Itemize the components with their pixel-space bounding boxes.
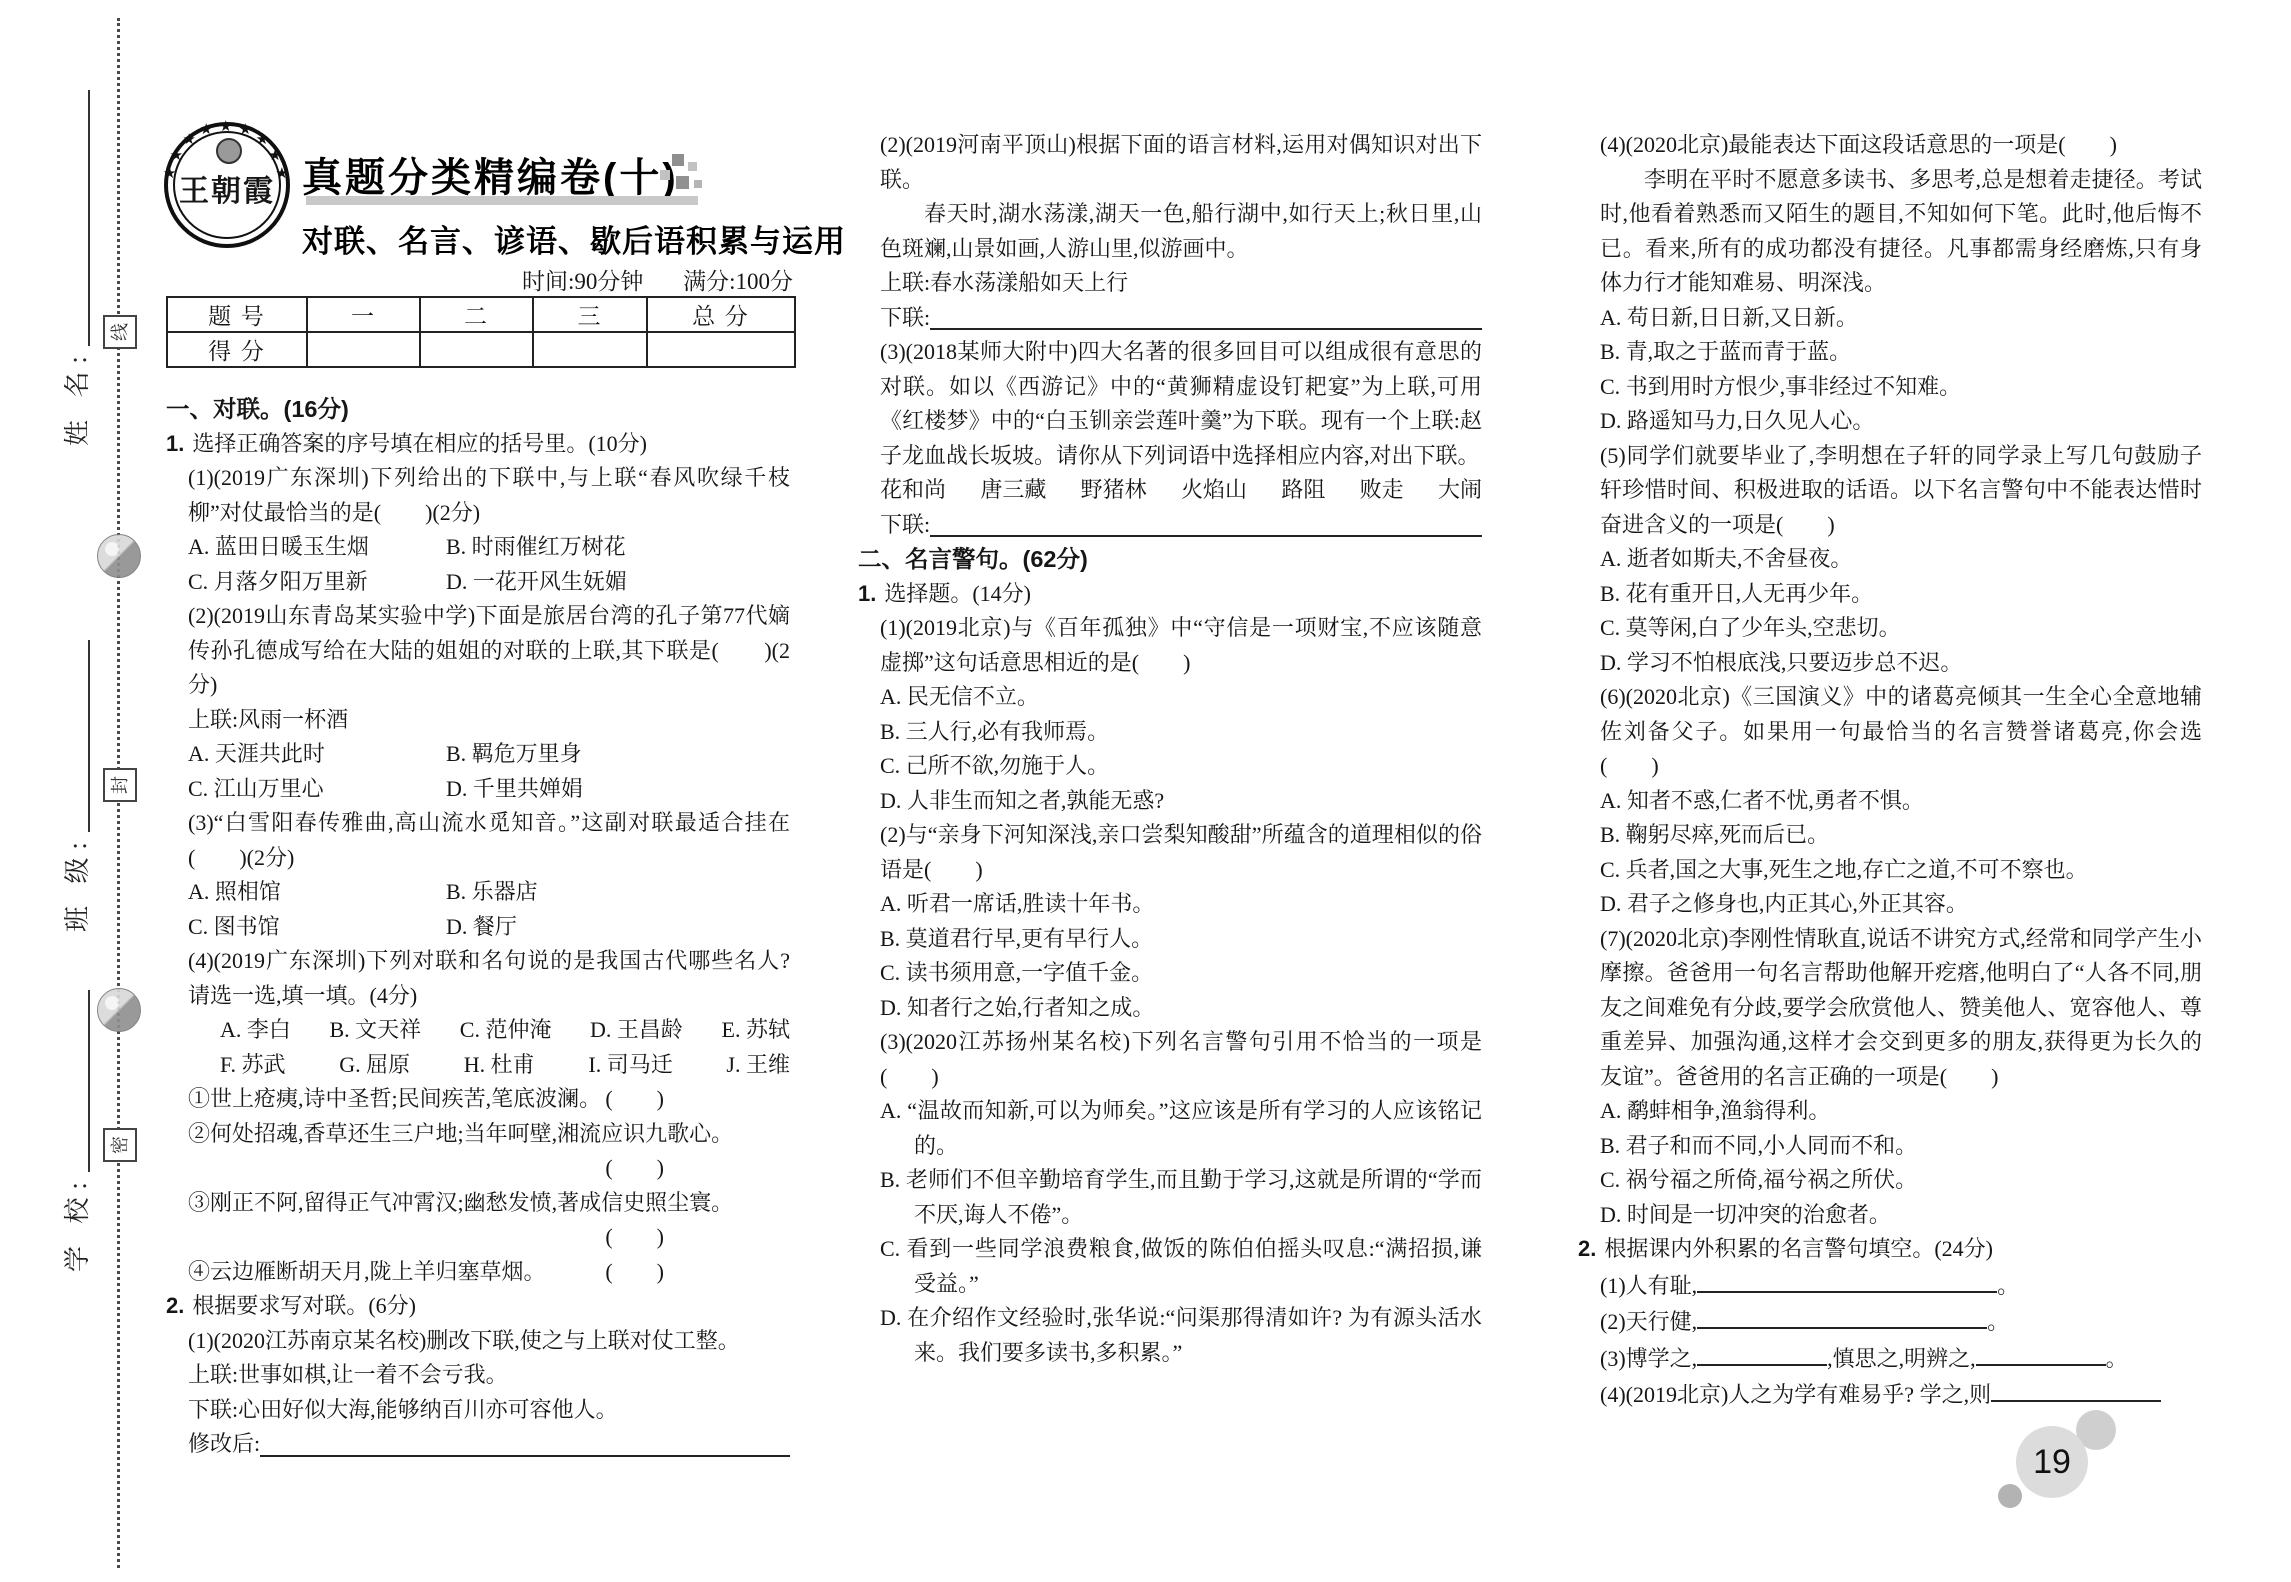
option-item: C. 月落夕阳万里新 <box>188 565 446 600</box>
numbered-question: 2.根据要求写对联。(6分) <box>166 1289 790 1324</box>
seal-char-mi: 密 <box>103 1128 137 1162</box>
material-paragraph: 春天时,湖水荡漾,湖天一色,船行湖中,如行天上;秋日里,山色斑斓,山景如画,人游… <box>880 197 1482 266</box>
sub-question: (1)(2019北京)与《百年孤独》中“守信是一项财宝,不应该随意虚掷”这句话意… <box>880 611 1482 680</box>
numbered-question: 1.选择正确答案的序号填在相应的括号里。(10分) <box>166 427 790 462</box>
choice-word: F. 苏武 <box>220 1048 285 1083</box>
fill-in-text: 。 <box>1997 1273 2019 1298</box>
option-item: B. 乐器店 <box>446 875 790 910</box>
cell-question-number: 题 号 <box>167 297 307 332</box>
exam-paper-page: 姓 名: 班 级: 学 校: 线 封 密 王朝霞 ★★★★★★★★★ 真题分类精… <box>0 0 2291 1582</box>
option-line: C. 兵者,国之大事,死生之地,存亡之道,不可不察也。 <box>1600 853 2202 888</box>
statement-with-answer-paren: ①世上疮痍,诗中圣哲;民间疾苦,笔底波澜。( ) <box>188 1082 790 1117</box>
cell-section-3: 三 <box>533 297 647 332</box>
option-line: D. 时间是一切冲突的治愈者。 <box>1600 1198 2202 1233</box>
full-score: 满分:100分 <box>683 269 793 294</box>
fill-in-text: (3)博学之, <box>1600 1346 1697 1371</box>
pixel-decoration <box>650 150 710 198</box>
option-line: C. 己所不欲,勿施于人。 <box>880 749 1482 784</box>
option-item: B. 羁危万里身 <box>446 737 790 772</box>
class-label-text: 班 级: <box>57 834 94 932</box>
sub-question: (5)同学们就要毕业了,李明想在子轩的同学录上写几句鼓励子轩珍惜时间、积极进取的… <box>1600 439 2202 543</box>
fill-in-text: 。 <box>2106 1346 2128 1371</box>
answer-write-line <box>1697 1340 1827 1366</box>
choice-word-row: F. 苏武G. 屈原H. 杜甫I. 司马迁J. 王维 <box>220 1048 790 1083</box>
school-label-text: 学 校: <box>57 1174 94 1272</box>
column-1: 一、对联。(16分)1.选择正确答案的序号填在相应的括号里。(10分)(1)(2… <box>166 392 790 1462</box>
class-write-line <box>88 640 90 832</box>
choice-word-row: A. 李白B. 文天祥C. 范仲淹D. 王昌龄E. 苏轼 <box>220 1013 790 1048</box>
question-text: 根据要求写对联。(6分) <box>192 1293 416 1318</box>
answer-write-line <box>1991 1376 2161 1402</box>
option-line: D. 学习不怕根底浅,只要迈步总不迟。 <box>1600 646 2202 681</box>
decorative-seal-icon <box>97 534 141 578</box>
blank-prefix: 修改后: <box>188 1427 260 1462</box>
logo-portrait-icon <box>216 138 242 164</box>
option-item: D. 千里共婵娟 <box>446 772 790 807</box>
question-number: 1. <box>166 431 184 456</box>
sub-question: (4)(2019广东深圳)下列对联和名句说的是我国古代哪些名人? 请选一选,填一… <box>188 944 790 1013</box>
option-line: A. 逝者如斯夫,不舍昼夜。 <box>1600 542 2202 577</box>
option-pair-row: A. 天涯共此时B. 羁危万里身 <box>188 737 790 772</box>
option-line: D. 路遥知马力,日久见人心。 <box>1600 404 2202 439</box>
seal-char-line: 线 <box>103 315 137 349</box>
name-write-line <box>88 90 90 346</box>
page-number: 19 <box>2016 1426 2088 1498</box>
star-icon: ★ <box>256 133 269 148</box>
sub-question: (6)(2020北京)《三国演义》中的诸葛亮倾其一生全心全意地辅佐刘备父子。如果… <box>1600 680 2202 784</box>
cell-total: 总 分 <box>647 297 795 332</box>
answer-paren: ( ) <box>605 1255 664 1290</box>
option-line: B. 三人行,必有我师焉。 <box>880 715 1482 750</box>
star-icon: ★ <box>163 167 176 182</box>
sub-question: 上联:世事如棋,让一着不会亏我。 <box>188 1358 790 1393</box>
option-line: A. 听君一席话,胜读十年书。 <box>880 887 1482 922</box>
choice-word: 败走 <box>1360 473 1404 508</box>
cell-score-3 <box>533 332 647 367</box>
name-field-label: 姓 名: <box>60 90 94 446</box>
cell-score-2 <box>420 332 533 367</box>
sub-question: (3)(2018某师大附中)四大名著的很多回目可以组成很有意思的对联。如以《西游… <box>880 335 1482 473</box>
sub-question: (7)(2020北京)李刚性情耿直,说话不讲究方式,经常和同学产生小摩擦。爸爸用… <box>1600 922 2202 1095</box>
answer-blank-line: 下联: <box>880 301 1482 336</box>
fill-in-line: (1)人有耻,。 <box>1600 1267 2202 1304</box>
sub-question: 上联:春水荡漾船如天上行 <box>880 266 1482 301</box>
material-paragraph: 李明在平时不愿意多读书、多思考,总是想着走捷径。考试时,他看着熟悉而又陌生的题目… <box>1600 163 2202 301</box>
answer-paren: ( ) <box>605 1082 664 1117</box>
option-item: B. 时雨催红万树花 <box>446 530 790 565</box>
option-line: C. 祸兮福之所倚,福兮祸之所伏。 <box>1600 1163 2202 1198</box>
fill-in-text: 。 <box>1987 1309 2009 1334</box>
paper-title: 对联、名言、谚语、歇后语积累与运用 <box>302 216 846 261</box>
statement-with-answer-paren: ④云边雁断胡天月,陇上羊归塞草烟。( ) <box>188 1255 790 1290</box>
option-line: D. 在介绍作文经验时,张华说:“问渠那得清如许? 为有源头活水来。我们要多读书… <box>880 1301 1482 1370</box>
score-table-score-row: 得 分 <box>167 332 795 367</box>
answer-blank-line: 下联: <box>880 508 1482 543</box>
choice-word: G. 屈原 <box>339 1048 410 1083</box>
fill-in-text: (4)(2019北京)人之为学有难易乎? 学之,则 <box>1600 1382 1991 1407</box>
sub-question: (2)与“亲身下河知深浅,亲口尝梨知酸甜”所蕴含的道理相似的俗语是( ) <box>880 818 1482 887</box>
choice-word: J. 王维 <box>726 1048 790 1083</box>
question-text: 根据课内外积累的名言警句填空。(24分) <box>1604 1236 1993 1261</box>
answer-write-line <box>1976 1340 2106 1366</box>
name-label-text: 姓 名: <box>57 348 94 446</box>
section-heading: 一、对联。(16分) <box>166 392 790 427</box>
sub-question: 下联:心田好似大海,能够纳百川亦可容他人。 <box>188 1393 790 1428</box>
option-line: D. 知者行之始,行者知之成。 <box>880 991 1482 1026</box>
option-item: A. 照相馆 <box>188 875 446 910</box>
cell-section-2: 二 <box>420 297 533 332</box>
option-line: C. 看到一些同学浪费粮食,做饭的陈伯伯摇头叹息:“满招损,谦受益。” <box>880 1232 1482 1301</box>
option-line: D. 君子之修身也,内正其心,外正其容。 <box>1600 887 2202 922</box>
star-icon: ★ <box>182 133 195 148</box>
fill-in-text: (2)天行健, <box>1600 1309 1697 1334</box>
option-pair-row: A. 蓝田日暖玉生烟B. 时雨催红万树花 <box>188 530 790 565</box>
seal-char-text: 密 <box>111 1136 129 1154</box>
seal-char-feng: 封 <box>103 768 137 802</box>
statement-text-line: ③刚正不阿,留得正气冲霄汉;幽愁发愤,著成信史照尘寰。 <box>188 1186 790 1221</box>
sub-question: (2)(2019山东青岛某实验中学)下面是旅居台湾的孔子第77代嫡传孙孔德成写给… <box>188 599 790 703</box>
statement-text: ④云边雁断胡天月,陇上羊归塞草烟。 <box>188 1255 546 1290</box>
class-field-label: 班 级: <box>60 640 94 932</box>
sub-question: (1)(2019广东深圳)下列给出的下联中,与上联“春风吹绿千枝柳”对仗最恰当的… <box>188 461 790 530</box>
option-line: B. 老师们不但辛勤培育学生,而且勤于学习,这就是所谓的“学而不厌,诲人不倦”。 <box>880 1163 1482 1232</box>
choice-word: 花和尚 <box>880 473 946 508</box>
title-underline-bar <box>306 196 698 205</box>
numbered-question: 2.根据课内外积累的名言警句填空。(24分) <box>1578 1232 2202 1267</box>
answer-paren-line: ( ) <box>188 1220 790 1255</box>
option-line: A. 苟日新,日日新,又日新。 <box>1600 301 2202 336</box>
school-write-line <box>88 990 90 1172</box>
answer-write-line <box>930 508 1482 538</box>
option-line: C. 读书须用意,一字值千金。 <box>880 956 1482 991</box>
cell-score-label: 得 分 <box>167 332 307 367</box>
blank-prefix: 下联: <box>880 508 930 543</box>
statement-text: ①世上疮痍,诗中圣哲;民间疾苦,笔底波澜。 <box>188 1082 601 1117</box>
star-icon: ★ <box>238 123 251 138</box>
decorative-seal-icon <box>97 988 141 1032</box>
star-icon: ★ <box>275 167 288 182</box>
answer-write-line <box>1697 1303 1987 1329</box>
option-item: D. 一花开风生妩媚 <box>446 565 790 600</box>
choice-word: 路阻 <box>1281 473 1325 508</box>
sub-question: (1)(2020江苏南京某名校)删改下联,使之与上联对仗工整。 <box>188 1324 790 1359</box>
option-line: C. 莫等闲,白了少年头,空悲切。 <box>1600 611 2202 646</box>
school-field-label: 学 校: <box>60 990 94 1272</box>
star-icon: ★ <box>170 149 183 164</box>
cell-section-1: 一 <box>307 297 420 332</box>
option-pair-row: C. 月落夕阳万里新D. 一花开风生妩媚 <box>188 565 790 600</box>
fill-in-text: (1)人有耻, <box>1600 1273 1697 1298</box>
question-number: 1. <box>858 581 876 606</box>
cell-score-total <box>647 332 795 367</box>
option-line: A. 鹬蚌相争,渔翁得利。 <box>1600 1094 2202 1129</box>
sub-question: (3)“白雪阳春传雅曲,高山流水觅知音。”这副对联最适合挂在( )(2分) <box>188 806 790 875</box>
option-pair-row: C. 江山万里心D. 千里共婵娟 <box>188 772 790 807</box>
numbered-question: 1.选择题。(14分) <box>858 577 1482 612</box>
statement-text-line: ②何处招魂,香草还生三户地;当年呵壁,湘流应识九歌心。 <box>188 1117 790 1152</box>
answer-write-line <box>260 1427 790 1457</box>
choice-word: D. 王昌龄 <box>590 1013 683 1048</box>
column-2: (2)(2019河南平顶山)根据下面的语言材料,运用对偶知识对出下联。春天时,湖… <box>858 128 1482 1370</box>
exam-meta: 时间:90分钟 满分:100分 <box>166 263 793 296</box>
choice-word: 唐三藏 <box>980 473 1046 508</box>
option-line: B. 花有重开日,人无再少年。 <box>1600 577 2202 612</box>
fill-in-text: ,慎思之,明辨之, <box>1827 1346 1976 1371</box>
choice-word: C. 范仲淹 <box>460 1013 552 1048</box>
fill-in-line: (3)博学之,,慎思之,明辨之,。 <box>1600 1340 2202 1377</box>
option-pair-row: A. 照相馆B. 乐器店 <box>188 875 790 910</box>
star-icon: ★ <box>219 120 232 135</box>
answer-paren: ( ) <box>605 1155 664 1180</box>
choice-word: H. 杜甫 <box>464 1048 535 1083</box>
question-text: 选择题。(14分) <box>884 581 1031 606</box>
choice-word: E. 苏轼 <box>722 1013 790 1048</box>
option-line: A. “温故而知新,可以为师矣。”这应该是所有学习的人应该铭记的。 <box>880 1094 1482 1163</box>
option-item: A. 蓝田日暖玉生烟 <box>188 530 446 565</box>
sub-question: (3)(2020江苏扬州某名校)下列名言警句引用不恰当的一项是( ) <box>880 1025 1482 1094</box>
option-item: A. 天涯共此时 <box>188 737 446 772</box>
option-item: C. 江山万里心 <box>188 772 446 807</box>
sub-question: (4)(2020北京)最能表达下面这段话意思的一项是( ) <box>1600 128 2202 163</box>
option-line: A. 知者不惑,仁者不忧,勇者不惧。 <box>1600 784 2202 819</box>
answer-paren: ( ) <box>605 1224 664 1249</box>
question-text: 选择正确答案的序号填在相应的括号里。(10分) <box>192 431 647 456</box>
answer-write-line <box>1697 1267 1997 1293</box>
score-table: 题 号 一 二 三 总 分 得 分 <box>166 296 796 368</box>
choice-word: 大闹 <box>1438 473 1482 508</box>
option-item: C. 图书馆 <box>188 910 446 945</box>
option-line: B. 君子和而不同,小人同而不和。 <box>1600 1129 2202 1164</box>
choice-word-row: 花和尚唐三藏野猪林火焰山路阻败走大闹 <box>880 473 1482 508</box>
option-item: D. 餐厅 <box>446 910 790 945</box>
star-icon: ★ <box>200 123 213 138</box>
star-icon: ★ <box>268 149 281 164</box>
score-table-header-row: 题 号 一 二 三 总 分 <box>167 297 795 332</box>
sub-question: (2)(2019河南平顶山)根据下面的语言材料,运用对偶知识对出下联。 <box>880 128 1482 197</box>
question-number: 2. <box>1578 1236 1596 1261</box>
blank-prefix: 下联: <box>880 301 930 336</box>
fill-in-line: (2)天行健,。 <box>1600 1303 2202 1340</box>
brand-logo: 王朝霞 ★★★★★★★★★ <box>164 122 290 248</box>
option-line: B. 鞠躬尽瘁,死而后已。 <box>1600 818 2202 853</box>
seal-char-text: 封 <box>111 776 129 794</box>
choice-word: I. 司马迁 <box>588 1048 672 1083</box>
seal-char-text: 线 <box>111 323 129 341</box>
choice-word: 火焰山 <box>1181 473 1247 508</box>
option-line: C. 书到用时方恨少,事非经过不知难。 <box>1600 370 2202 405</box>
answer-write-line <box>930 301 1482 331</box>
answer-paren-line: ( ) <box>188 1151 790 1186</box>
choice-word: 野猪林 <box>1081 473 1147 508</box>
choice-word: A. 李白 <box>220 1013 291 1048</box>
option-line: D. 人非生而知之者,孰能无惑? <box>880 784 1482 819</box>
cell-score-1 <box>307 332 420 367</box>
logo-brand-name: 王朝霞 <box>168 166 286 210</box>
answer-blank-line: 修改后: <box>188 1427 790 1462</box>
page-number-badge: 19 <box>1988 1404 2138 1524</box>
time-limit: 时间:90分钟 <box>522 269 643 294</box>
section-heading: 二、名言警句。(62分) <box>858 542 1482 577</box>
series-title: 真题分类精编卷(十) <box>302 146 679 203</box>
option-line: B. 莫道君行早,更有早行人。 <box>880 922 1482 957</box>
choice-word: B. 文天祥 <box>329 1013 421 1048</box>
question-number: 2. <box>166 1293 184 1318</box>
column-3: (4)(2020北京)最能表达下面这段话意思的一项是( )李明在平时不愿意多读书… <box>1578 128 2202 1413</box>
option-line: A. 民无信不立。 <box>880 680 1482 715</box>
sub-question: 上联:风雨一杯酒 <box>188 703 790 738</box>
option-pair-row: C. 图书馆D. 餐厅 <box>188 910 790 945</box>
option-line: B. 青,取之于蓝而青于蓝。 <box>1600 335 2202 370</box>
